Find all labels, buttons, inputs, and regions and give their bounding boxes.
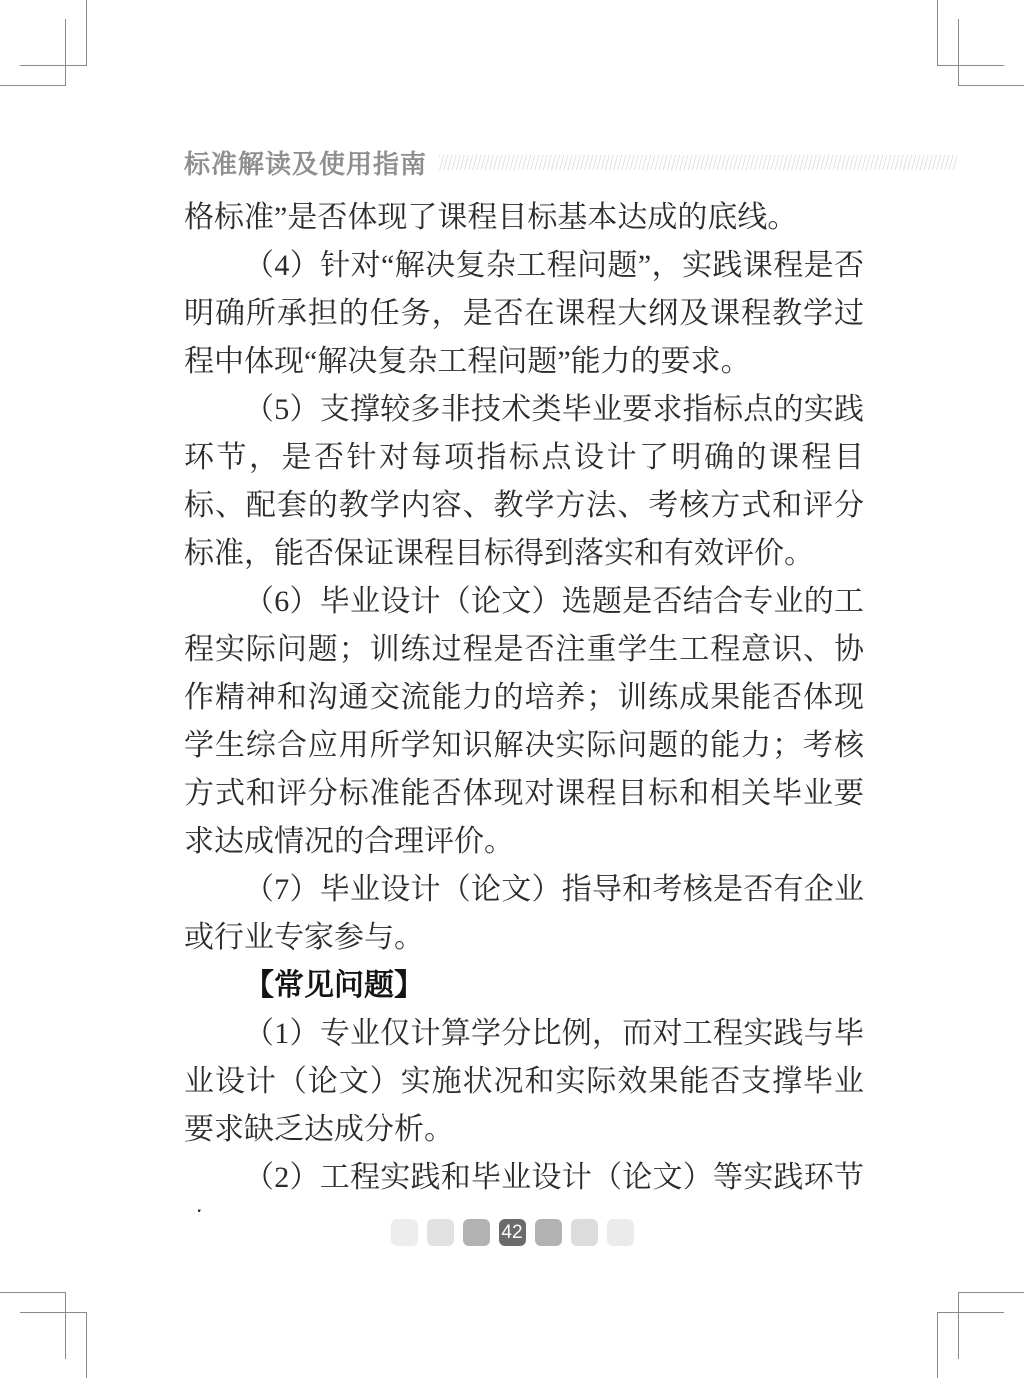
crop-mark-line	[0, 1292, 66, 1359]
paragraph: 格标准”是否体现了课程目标基本达成的底线。	[184, 194, 864, 242]
page-number-box: 42	[499, 1219, 526, 1246]
paragraph: （4）针对“解决复杂工程问题”，实践课程是否明确所承担的任务，是否在课程大纲及课…	[184, 242, 864, 386]
page-body-text: 格标准”是否体现了课程目标基本达成的底线。 （4）针对“解决复杂工程问题”，实践…	[184, 194, 864, 1212]
page-indicator-box	[463, 1219, 490, 1246]
running-header-title: 标准解读及使用指南	[184, 144, 427, 181]
crop-mark-line	[937, 0, 1004, 66]
crop-mark-bottom-left	[0, 1291, 87, 1378]
crop-mark-top-right	[937, 0, 1024, 87]
paragraph: （5）支撑较多非技术类毕业要求指标点的实践环节，是否针对每项指标点设计了明确的课…	[184, 386, 864, 578]
header-hatch-rule	[439, 155, 957, 170]
page-indicator-box	[571, 1219, 598, 1246]
page-indicator-box	[391, 1219, 418, 1246]
crop-mark-line	[937, 1312, 1004, 1378]
paragraph: （6）毕业设计（论文）选题是否结合专业的工程实际问题；训练过程是否注重学生工程意…	[184, 578, 864, 866]
crop-mark-line	[0, 19, 66, 86]
paragraph: （2）工程实践和毕业设计（论文）等实践环节内	[184, 1154, 864, 1212]
crop-mark-line	[958, 19, 1024, 86]
crop-mark-top-left	[0, 0, 87, 87]
crop-mark-line	[20, 1312, 87, 1378]
page-indicator-box	[535, 1219, 562, 1246]
crop-mark-line	[20, 0, 87, 66]
crop-mark-bottom-right	[937, 1291, 1024, 1378]
page-indicator-strip: 42	[0, 1219, 1024, 1246]
crop-mark-line	[958, 1292, 1024, 1359]
paragraph: （1）专业仅计算学分比例，而对工程实践与毕业设计（论文）实施状况和实际效果能否支…	[184, 1010, 864, 1154]
book-page: 标准解读及使用指南 格标准”是否体现了课程目标基本达成的底线。 （4）针对“解决…	[0, 0, 1024, 1378]
page-indicator-box	[607, 1219, 634, 1246]
section-heading: 【常见问题】	[184, 962, 864, 1010]
running-header: 标准解读及使用指南	[184, 144, 957, 180]
paragraph: （7）毕业设计（论文）指导和考核是否有企业或行业专家参与。	[184, 866, 864, 962]
page-indicator-box	[427, 1219, 454, 1246]
